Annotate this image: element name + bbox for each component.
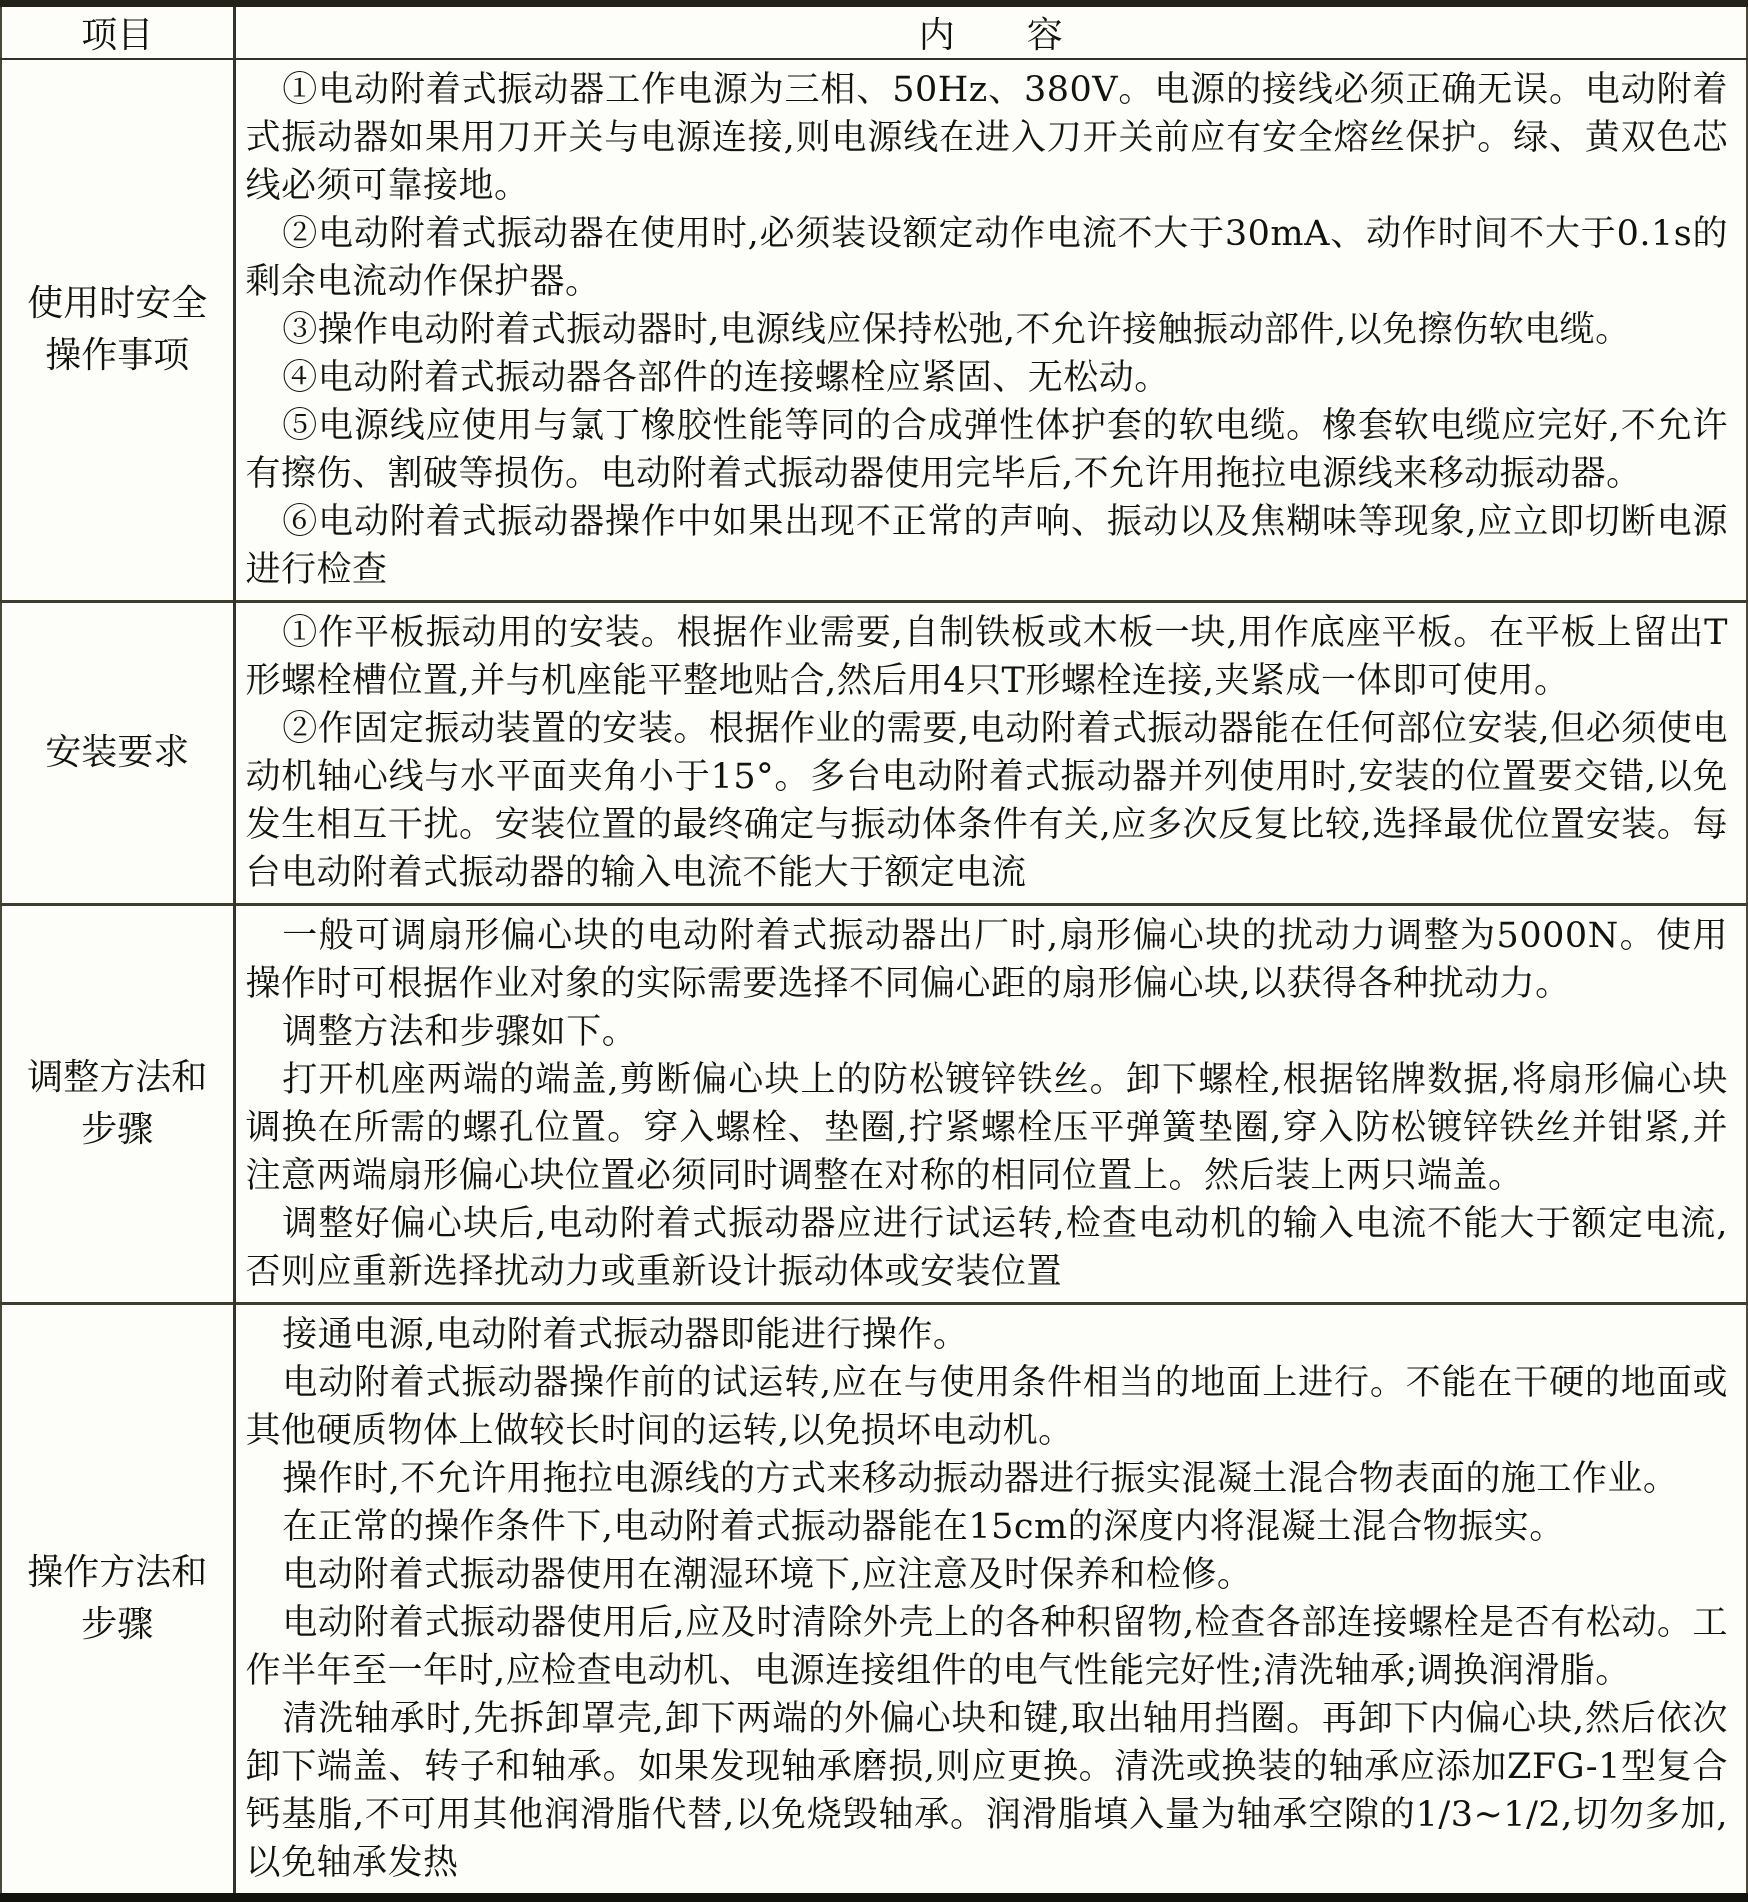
paragraph: 操作时,不允许用拖拉电源线的方式来移动振动器进行振实混凝土混合物表面的施工作业。 — [246, 1455, 1729, 1503]
row-label-operation: 操作方法和步骤 — [1, 1304, 234, 1898]
table-row-installation: 安装要求 ①作平板振动用的安装。根据作业需要,自制铁板或木板一块,用作底座平板。… — [1, 602, 1747, 905]
row-content-adjustment: 一般可调扇形偏心块的电动附着式振动器出厂时,扇形偏心块的扰动力调整为5000N。… — [234, 905, 1747, 1304]
paragraph: ④电动附着式振动器各部件的连接螺栓应紧固、无松动。 — [246, 354, 1729, 402]
paragraph: ③操作电动附着式振动器时,电源线应保持松弛,不允许接触振动部件,以免擦伤软电缆。 — [246, 306, 1729, 354]
row-content-operation: 接通电源,电动附着式振动器即能进行操作。 电动附着式振动器操作前的试运转,应在与… — [234, 1304, 1747, 1898]
row-content-safety: ①电动附着式振动器工作电源为三相、50Hz、380V。电源的接线必须正确无误。电… — [234, 59, 1747, 602]
row-label-safety: 使用时安全操作事项 — [1, 59, 234, 602]
paragraph: 电动附着式振动器操作前的试运转,应在与使用条件相当的地面上进行。不能在干硬的地面… — [246, 1359, 1729, 1455]
paragraph: ⑥电动附着式振动器操作中如果出现不正常的声响、振动以及焦糊味等现象,应立即切断电… — [246, 498, 1729, 594]
header-row: 项目 内 容 — [1, 4, 1747, 60]
paragraph: 电动附着式振动器使用后,应及时清除外壳上的各种积留物,检查各部连接螺栓是否有松动… — [246, 1599, 1729, 1695]
column-header-content: 内 容 — [234, 4, 1747, 60]
table-row-operation: 操作方法和步骤 接通电源,电动附着式振动器即能进行操作。 电动附着式振动器操作前… — [1, 1304, 1747, 1898]
row-label-adjustment: 调整方法和步骤 — [1, 905, 234, 1304]
paragraph: ①作平板振动用的安装。根据作业需要,自制铁板或木板一块,用作底座平板。在平板上留… — [246, 609, 1729, 705]
column-header-item: 项目 — [1, 4, 234, 60]
paragraph: 一般可调扇形偏心块的电动附着式振动器出厂时,扇形偏心块的扰动力调整为5000N。… — [246, 912, 1729, 1008]
paragraph: ①电动附着式振动器工作电源为三相、50Hz、380V。电源的接线必须正确无误。电… — [246, 66, 1729, 210]
paragraph: 接通电源,电动附着式振动器即能进行操作。 — [246, 1311, 1729, 1359]
paragraph: ②作固定振动装置的安装。根据作业的需要,电动附着式振动器能在任何部位安装,但必须… — [246, 705, 1729, 897]
paragraph: 清洗轴承时,先拆卸罩壳,卸下两端的外偏心块和键,取出轴用挡圈。再卸下内偏心块,然… — [246, 1695, 1729, 1887]
document-page: 项目 内 容 使用时安全操作事项 ①电动附着式振动器工作电源为三相、50Hz、3… — [0, 0, 1748, 1810]
paragraph: ⑤电源线应使用与氯丁橡胶性能等同的合成弹性体护套的软电缆。橡套软电缆应完好,不允… — [246, 402, 1729, 498]
table-row-adjustment: 调整方法和步骤 一般可调扇形偏心块的电动附着式振动器出厂时,扇形偏心块的扰动力调… — [1, 905, 1747, 1304]
table-row-safety: 使用时安全操作事项 ①电动附着式振动器工作电源为三相、50Hz、380V。电源的… — [1, 59, 1747, 602]
row-content-installation: ①作平板振动用的安装。根据作业需要,自制铁板或木板一块,用作底座平板。在平板上留… — [234, 602, 1747, 905]
paragraph: ②电动附着式振动器在使用时,必须装设额定动作电流不大于30mA、动作时间不大于0… — [246, 210, 1729, 306]
paragraph: 打开机座两端的端盖,剪断偏心块上的防松镀锌铁丝。卸下螺栓,根据铭牌数据,将扇形偏… — [246, 1056, 1729, 1200]
paragraph: 电动附着式振动器使用在潮湿环境下,应注意及时保养和检修。 — [246, 1551, 1729, 1599]
paragraph: 调整方法和步骤如下。 — [246, 1008, 1729, 1056]
paragraph: 调整好偏心块后,电动附着式振动器应进行试运转,检查电动机的输入电流不能大于额定电… — [246, 1200, 1729, 1296]
paragraph: 在正常的操作条件下,电动附着式振动器能在15cm的深度内将混凝土混合物振实。 — [246, 1503, 1729, 1551]
row-label-installation: 安装要求 — [1, 602, 234, 905]
spec-table: 项目 内 容 使用时安全操作事项 ①电动附着式振动器工作电源为三相、50Hz、3… — [0, 0, 1748, 1902]
